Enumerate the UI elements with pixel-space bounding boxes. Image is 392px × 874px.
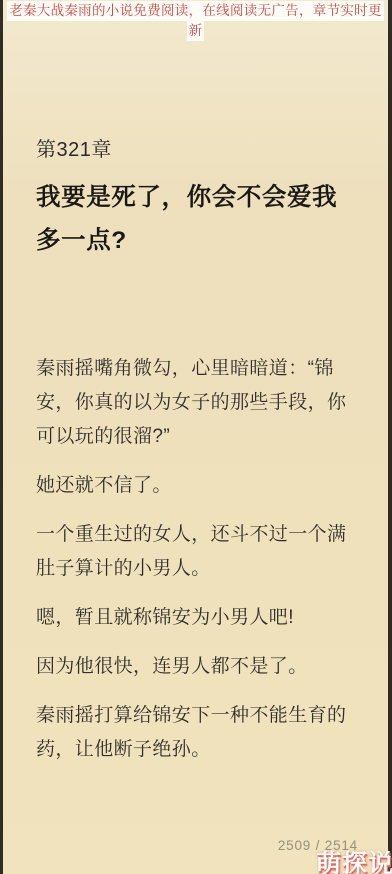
chapter-title: 我要是死了，你会不会爱我多一点? <box>36 176 358 262</box>
watermark: 萌探说 <box>316 844 392 874</box>
paragraph: 秦雨摇嘴角微勾，心里暗暗道：“锦安，你真的以为女子的那些手段，你可以玩的很溜?” <box>36 352 358 454</box>
screen-edge-left <box>0 0 3 874</box>
paragraph: 她还就不信了。 <box>36 469 358 503</box>
reader-screen: 老秦大战秦雨的小说免费阅读，在线阅读无广告，章节实时更新 第321章 我要是死了… <box>0 0 392 874</box>
chapter-number: 第321章 <box>36 136 358 164</box>
seo-banner: 老秦大战秦雨的小说免费阅读，在线阅读无广告，章节实时更新 <box>3 0 388 41</box>
paragraph: 因为他很快，连男人都不是了。 <box>36 650 358 684</box>
paragraph: 一个重生过的女人，还斗不过一个满肚子算计的小男人。 <box>36 518 358 586</box>
screen-edge-right <box>388 0 392 874</box>
paragraph: 秦雨摇打算给锦安下一种不能生育的药，让他断子绝孙。 <box>36 699 358 767</box>
reading-area[interactable]: 第321章 我要是死了，你会不会爱我多一点? 秦雨摇嘴角微勾，心里暗暗道：“锦安… <box>36 0 358 874</box>
paragraph: 嗯，暂且就称锦安为小男人吧! <box>36 601 358 635</box>
chapter-body: 秦雨摇嘴角微勾，心里暗暗道：“锦安，你真的以为女子的那些手段，你可以玩的很溜?”… <box>36 352 358 767</box>
seo-banner-text: 老秦大战秦雨的小说免费阅读，在线阅读无广告，章节实时更新 <box>7 1 384 41</box>
